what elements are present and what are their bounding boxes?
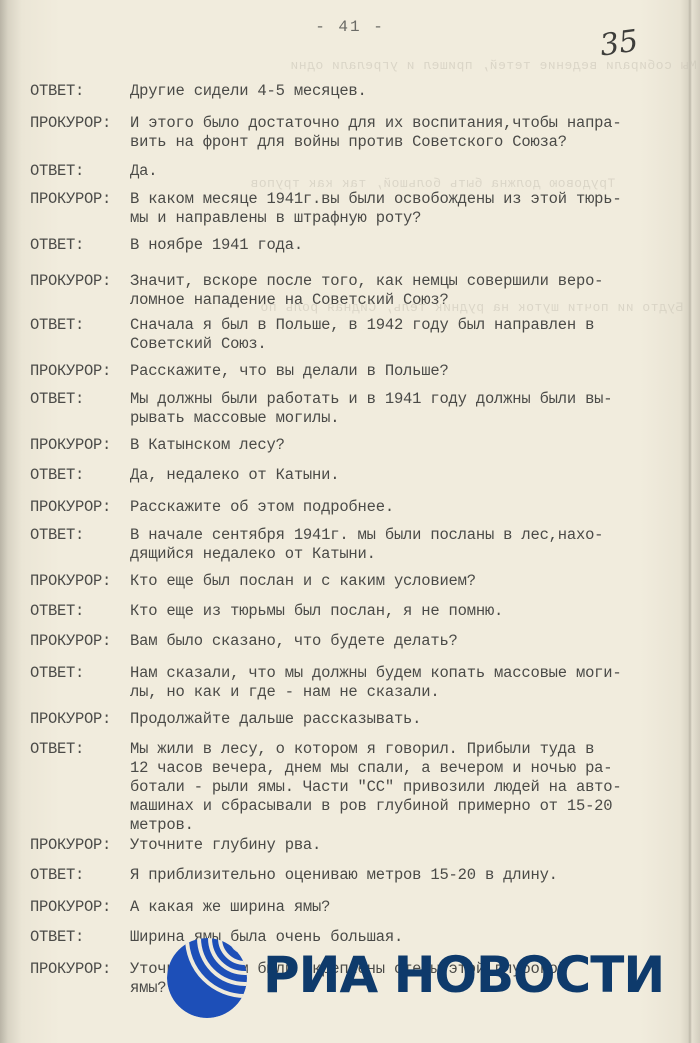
speaker-label: ОТВЕТ: [30,390,130,428]
speaker-label: ОТВЕТ: [30,466,130,485]
transcript-entry: ОТВЕТ: В начале сентября 1941г. мы были … [30,526,670,564]
speaker-label: ПРОКУРОР: [30,898,130,917]
entry-text: В каком месяце 1941г.вы были освобождены… [130,190,670,228]
entry-text: Мы жили в лесу, о котором я говорил. При… [130,740,670,835]
entry-text: Нам сказали, что мы должны будем копать … [130,664,670,702]
transcript-entry: ПРОКУРОР: А какая же ширина ямы? [30,898,670,917]
entry-text: Расскажите, что вы делали в Польше? [130,362,670,381]
speaker-label: ПРОКУРОР: [30,836,130,855]
transcript-entry: ОТВЕТ: Нам сказали, что мы должны будем … [30,664,670,702]
speaker-label: ОТВЕТ: [30,928,130,947]
speaker-label: ПРОКУРОР: [30,632,130,651]
speaker-label: ОТВЕТ: [30,526,130,564]
entry-text: В начале сентября 1941г. мы были посланы… [130,526,670,564]
transcript-entry: ПРОКУРОР: Вам было сказано, что будете д… [30,632,670,651]
speaker-label: ОТВЕТ: [30,82,130,101]
document-page: ОТВЕТ: Мы собирали ведение тетей, пришел… [0,0,700,1043]
transcript-entry: ОТВЕТ: Мы жили в лесу, о котором я говор… [30,740,670,835]
speaker-label: ПРОКУРОР: [30,572,130,591]
speaker-label: ПРОКУРОР: [30,436,130,455]
transcript-entry: ОТВЕТ: Да. [30,162,670,181]
ria-novosti-watermark: РИА НОВОСТИ [163,930,683,1020]
transcript-entry: ОТВЕТ: Я приблизительно оцениваю метров … [30,866,670,885]
transcript-entry: ОТВЕТ: Мы должны были работать и в 1941 … [30,390,670,428]
speaker-label: ОТВЕТ: [30,740,130,835]
speaker-label: ПРОКУРОР: [30,710,130,729]
speaker-label: ПРОКУРОР: [30,960,130,998]
speaker-label: ПРОКУРОР: [30,190,130,228]
entry-text: Я приблизительно оцениваю метров 15-20 в… [130,866,670,885]
entry-text: Сначала я был в Польше, в 1942 году был … [130,316,670,354]
entry-text: В ноябре 1941 года. [130,236,670,255]
speaker-label: ОТВЕТ: [30,236,130,255]
transcript-entry: ОТВЕТ: Кто еще из тюрьмы был послан, я н… [30,602,670,621]
speaker-label: ПРОКУРОР: [30,114,130,152]
entry-text: Да, недалеко от Катыни. [130,466,670,485]
entry-text: В Катынском лесу? [130,436,670,455]
transcript-entry: ОТВЕТ: В ноябре 1941 года. [30,236,670,255]
transcript-entry: ПРОКУРОР: Значит, вскоре после того, как… [30,272,670,310]
speaker-label: ПРОКУРОР: [30,362,130,381]
entry-text: Другие сидели 4-5 месяцев. [130,82,670,101]
ria-novosti-wordmark: РИА НОВОСТИ [263,950,664,1000]
speaker-label: ОТВЕТ: [30,664,130,702]
transcript-entry: ПРОКУРОР: Расскажите, что вы делали в По… [30,362,670,381]
transcript-entry: ОТВЕТ: Другие сидели 4-5 месяцев. [30,82,670,101]
speaker-label: ОТВЕТ: [30,866,130,885]
entry-text: Мы должны были работать и в 1941 году до… [130,390,670,428]
entry-text: Да. [130,162,670,181]
entry-text: А какая же ширина ямы? [130,898,670,917]
entry-text: Уточните глубину рва. [130,836,670,855]
handwritten-archive-number: 35 [598,24,641,64]
speaker-label: ОТВЕТ: [30,162,130,181]
page-number: - 41 - [0,18,700,36]
entry-text: Кто еще был послан и с каким условием? [130,572,670,591]
entry-text: Значит, вскоре после того, как немцы сов… [130,272,670,310]
transcript-entry: ПРОКУРОР: Продолжайте дальше рассказыват… [30,710,670,729]
transcript-entry: ПРОКУРОР: И этого было достаточно для их… [30,114,670,152]
transcript-entry: ПРОКУРОР: Кто еще был послан и с каким у… [30,572,670,591]
entry-text: Вам было сказано, что будете делать? [130,632,670,651]
entry-text: Продолжайте дальше рассказывать. [130,710,670,729]
transcript-entry: ОТВЕТ: Сначала я был в Польше, в 1942 го… [30,316,670,354]
entry-text: Кто еще из тюрьмы был послан, я не помню… [130,602,670,621]
ria-globe-icon [163,930,255,1020]
transcript-entry: ПРОКУРОР: Уточните глубину рва. [30,836,670,855]
transcript-entry: ПРОКУРОР: В каком месяце 1941г.вы были о… [30,190,670,228]
entry-text: И этого было достаточно для их воспитани… [130,114,670,152]
speaker-label: ОТВЕТ: [30,316,130,354]
entry-text: Расскажите об этом подробнее. [130,498,670,517]
speaker-label: ПРОКУРОР: [30,272,130,310]
transcript-entry: ПРОКУРОР: Расскажите об этом подробнее. [30,498,670,517]
speaker-label: ПРОКУРОР: [30,498,130,517]
bleed-through-text: ОТВЕТ: Мы собирали ведение тетей, пришел… [290,58,700,73]
speaker-label: ОТВЕТ: [30,602,130,621]
transcript-entry: ПРОКУРОР: В Катынском лесу? [30,436,670,455]
transcript-entry: ОТВЕТ: Да, недалеко от Катыни. [30,466,670,485]
